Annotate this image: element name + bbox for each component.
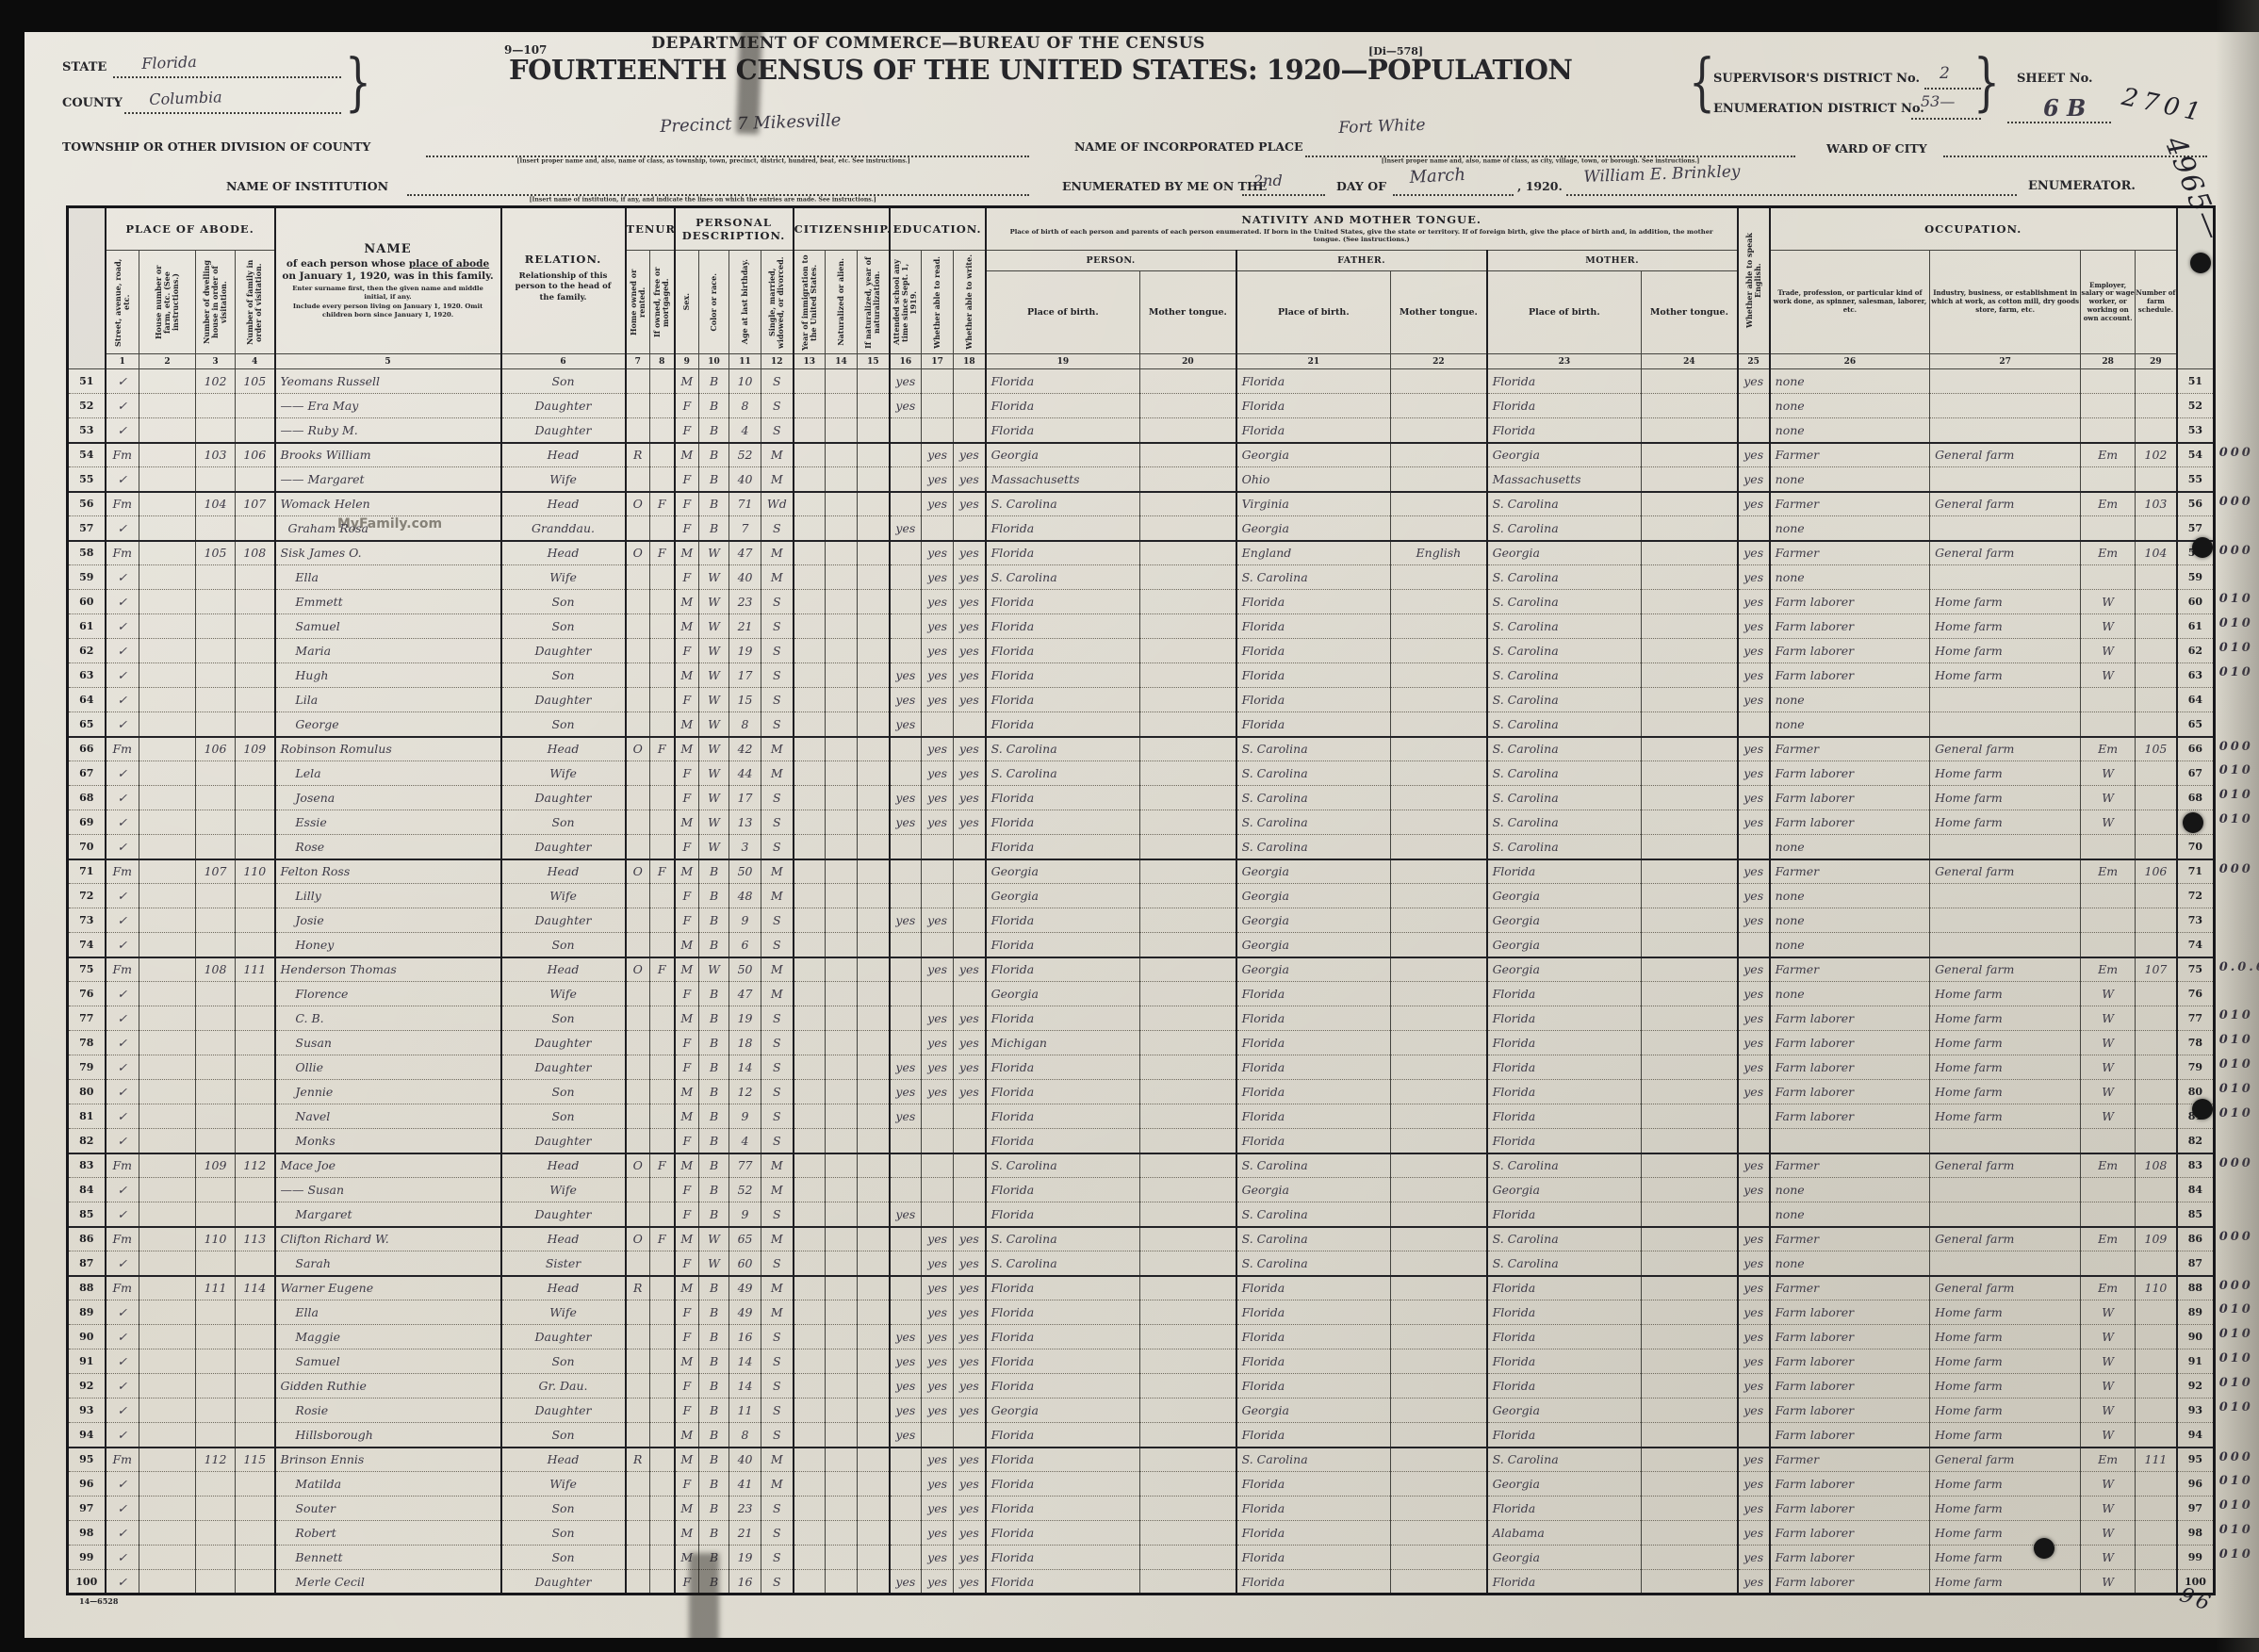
column-head-25: Whether able to speak English. (1738, 207, 1770, 354)
table-cell: Georgia (1487, 933, 1642, 957)
table-cell (890, 1178, 922, 1202)
row-number-right: 73 (2177, 908, 2215, 933)
column-number: 5 (275, 354, 501, 369)
table-cell (1930, 884, 2081, 908)
table-cell: S (761, 1055, 794, 1080)
table-cell: S (761, 1251, 794, 1276)
table-cell: yes (890, 516, 922, 541)
column-number: 7 (626, 354, 650, 369)
row-number-left: 60 (68, 590, 106, 614)
row-number-right: 60010 (2177, 590, 2215, 614)
table-cell (1391, 859, 1487, 884)
table-cell (2136, 418, 2177, 443)
table-cell: ✓ (106, 1006, 139, 1031)
table-cell: Florida (1236, 369, 1391, 394)
table-cell (1930, 418, 2081, 443)
table-cell (236, 1055, 275, 1080)
table-cell: yes (954, 565, 986, 590)
table-cell: S. Carolina (1487, 590, 1642, 614)
table-cell: Florida (986, 1423, 1140, 1448)
table-cell: Home farm (1930, 1325, 2081, 1349)
table-cell: yes (954, 1398, 986, 1423)
table-cell: Merle Cecil (275, 1570, 501, 1595)
table-cell (2081, 908, 2136, 933)
table-cell (236, 1398, 275, 1423)
table-cell (1642, 933, 1738, 957)
table-cell: none (1770, 467, 1930, 492)
table-cell: 104 (196, 492, 236, 516)
table-cell (139, 712, 196, 737)
table-cell: Brooks William (275, 443, 501, 467)
table-cell: yes (922, 1497, 954, 1521)
table-cell: Head (501, 737, 626, 761)
table-cell (139, 663, 196, 688)
table-cell (650, 639, 675, 663)
table-cell (826, 418, 858, 443)
table-cell: Head (501, 957, 626, 982)
table-cell: yes (1738, 1398, 1770, 1423)
table-cell: yes (954, 639, 986, 663)
table-cell: S. Carolina (1487, 614, 1642, 639)
table-cell: yes (922, 1521, 954, 1546)
table-cell: Fm (106, 737, 139, 761)
table-cell (626, 565, 650, 590)
table-cell: 108 (2136, 1153, 2177, 1178)
table-cell: ✓ (106, 1398, 139, 1423)
table-cell: W (699, 565, 729, 590)
table-cell (236, 565, 275, 590)
table-cell (858, 1129, 890, 1153)
table-cell (196, 1104, 236, 1129)
table-cell: ✓ (106, 1202, 139, 1227)
table-cell (1140, 1546, 1236, 1570)
table-cell (826, 1546, 858, 1570)
table-cell: yes (1738, 1153, 1770, 1178)
scan-edge-bottom (0, 1638, 2259, 1652)
table-cell: Florida (1236, 1570, 1391, 1595)
table-cell: M (675, 443, 699, 467)
table-cell: M (675, 957, 699, 982)
table-cell (858, 443, 890, 467)
table-cell: Home farm (1930, 1006, 2081, 1031)
table-cell: M (675, 1349, 699, 1374)
table-cell: none (1770, 908, 1930, 933)
table-cell: Florida (986, 614, 1140, 639)
table-cell (650, 1472, 675, 1497)
table-cell: M (675, 1104, 699, 1129)
table-cell (1391, 737, 1487, 761)
table-cell: Son (501, 369, 626, 394)
table-cell (1642, 443, 1738, 467)
table-cell (196, 1497, 236, 1521)
row-number-left: 68 (68, 786, 106, 810)
table-cell: 110 (236, 859, 275, 884)
table-cell (1642, 1546, 1738, 1570)
table-cell: Georgia (986, 1398, 1140, 1423)
table-cell: 114 (236, 1276, 275, 1300)
table-cell: Em (2081, 443, 2136, 467)
row-number-left: 90 (68, 1325, 106, 1349)
table-cell (626, 786, 650, 810)
table-cell (1140, 761, 1236, 786)
table-cell (1140, 1472, 1236, 1497)
table-cell (236, 908, 275, 933)
column-head-20: Mother tongue. (1140, 271, 1236, 354)
row-number-left: 65 (68, 712, 106, 737)
table-cell: Son (501, 810, 626, 835)
row-number-left: 53 (68, 418, 106, 443)
table-cell: Alabama (1487, 1521, 1642, 1546)
table-cell (858, 639, 890, 663)
table-cell (890, 1497, 922, 1521)
table-cell (1391, 1129, 1487, 1153)
table-cell (139, 1104, 196, 1129)
table-cell: yes (922, 614, 954, 639)
incorporated-place-label: NAME OF INCORPORATED PLACE (1074, 139, 1303, 154)
table-cell: F (650, 1153, 675, 1178)
table-cell: yes (922, 663, 954, 688)
table-cell (650, 884, 675, 908)
table-cell (922, 516, 954, 541)
table-cell: W (2081, 590, 2136, 614)
table-cell: Son (501, 663, 626, 688)
column-head-24: Mother tongue. (1642, 271, 1738, 354)
table-cell: yes (954, 1448, 986, 1472)
table-cell (1140, 688, 1236, 712)
table-cell: Georgia (1487, 1178, 1642, 1202)
row-number-left: 79 (68, 1055, 106, 1080)
table-cell: B (699, 1178, 729, 1202)
table-cell (1642, 1129, 1738, 1153)
table-cell: Brinson Ennis (275, 1448, 501, 1472)
table-cell (1642, 1374, 1738, 1398)
table-cell (1642, 467, 1738, 492)
table-cell: Wd (761, 492, 794, 516)
table-cell (890, 565, 922, 590)
table-cell (236, 1080, 275, 1104)
table-cell: Florida (986, 1178, 1140, 1202)
table-cell (1140, 1325, 1236, 1349)
table-cell: England (1236, 541, 1391, 565)
table-cell: S. Carolina (1487, 1251, 1642, 1276)
table-cell: Matilda (275, 1472, 501, 1497)
table-cell (1642, 1178, 1738, 1202)
table-cell (858, 663, 890, 688)
table-cell: 111 (196, 1276, 236, 1300)
table-cell: General farm (1930, 1276, 2081, 1300)
table-cell: 44 (729, 761, 761, 786)
table-cell: O (626, 737, 650, 761)
table-cell: Lilly (275, 884, 501, 908)
table-cell (650, 418, 675, 443)
table-cell (1391, 1570, 1487, 1595)
row-number-right: 99010 (2177, 1546, 2215, 1570)
table-cell: S (761, 418, 794, 443)
table-cell: Home farm (1930, 1497, 2081, 1521)
table-cell: Home farm (1930, 1104, 2081, 1129)
table-cell: Son (501, 1104, 626, 1129)
table-cell (650, 1055, 675, 1080)
table-cell (954, 908, 986, 933)
table-cell: 47 (729, 982, 761, 1006)
tape-streak-top (736, 28, 762, 135)
table-cell (196, 590, 236, 614)
table-cell (1391, 663, 1487, 688)
table-cell (794, 810, 826, 835)
enumeration-line (1911, 117, 1981, 120)
table-cell (1391, 1325, 1487, 1349)
table-cell: Florida (1236, 1325, 1391, 1349)
table-cell: 105 (196, 541, 236, 565)
table-cell (794, 982, 826, 1006)
enumerated-month: March (1409, 165, 1465, 188)
table-cell: F (675, 982, 699, 1006)
table-cell (236, 1251, 275, 1276)
table-cell (236, 1202, 275, 1227)
table-cell (236, 688, 275, 712)
table-cell: ✓ (106, 908, 139, 933)
table-cell: yes (1738, 1374, 1770, 1398)
table-cell: Home farm (1930, 1080, 2081, 1104)
table-cell (196, 516, 236, 541)
table-cell (826, 786, 858, 810)
table-cell: Florida (986, 1472, 1140, 1497)
table-cell (196, 1472, 236, 1497)
table-cell (858, 933, 890, 957)
table-cell: Son (501, 1497, 626, 1521)
table-cell: Henderson Thomas (275, 957, 501, 982)
table-cell: 49 (729, 1276, 761, 1300)
table-cell (650, 1374, 675, 1398)
table-cell: yes (922, 1276, 954, 1300)
table-cell (890, 884, 922, 908)
table-cell: 107 (2136, 957, 2177, 982)
table-cell (1642, 1472, 1738, 1497)
enumeration-district-label: ENUMERATION DISTRICT No. (1713, 102, 1924, 116)
group-occupation: OCCUPATION. (1770, 207, 2177, 251)
table-cell (1642, 859, 1738, 884)
table-cell: R (626, 1276, 650, 1300)
table-cell: Margaret (275, 1202, 501, 1227)
table-cell: O (626, 492, 650, 516)
table-cell (922, 394, 954, 418)
table-cell (139, 443, 196, 467)
table-cell: S. Carolina (1236, 1153, 1391, 1178)
table-cell: 48 (729, 884, 761, 908)
table-cell (794, 712, 826, 737)
table-cell: Home farm (1930, 1398, 2081, 1423)
table-cell (954, 933, 986, 957)
table-cell (890, 639, 922, 663)
column-head-2: House number or farm, etc. (See instruct… (139, 251, 196, 354)
table-cell: Monks (275, 1129, 501, 1153)
column-number: 17 (922, 354, 954, 369)
table-cell: yes (1738, 1349, 1770, 1374)
table-cell (1930, 712, 2081, 737)
table-cell: General farm (1930, 1153, 2081, 1178)
table-cell: F (675, 1129, 699, 1153)
table-cell (826, 1104, 858, 1129)
row-number-left: 99 (68, 1546, 106, 1570)
table-cell: yes (954, 492, 986, 516)
table-cell: Josie (275, 908, 501, 933)
table-cell: 12 (729, 1080, 761, 1104)
row-number-left: 74 (68, 933, 106, 957)
table-cell (196, 835, 236, 859)
table-cell: yes (890, 1423, 922, 1448)
table-cell: S. Carolina (1487, 810, 1642, 835)
table-cell: Florida (986, 933, 1140, 957)
table-cell: Florida (986, 1546, 1140, 1570)
table-cell (858, 1006, 890, 1031)
table-cell: Florida (1236, 688, 1391, 712)
table-cell: S. Carolina (1487, 712, 1642, 737)
column-number: 20 (1140, 354, 1236, 369)
table-cell (1391, 835, 1487, 859)
table-cell (1140, 1521, 1236, 1546)
table-cell: Home farm (1930, 590, 2081, 614)
table-cell (1642, 1448, 1738, 1472)
group-place-of-abode: PLACE OF ABODE. (106, 207, 275, 251)
table-cell: S (761, 1423, 794, 1448)
table-cell: —— Ruby M. (275, 418, 501, 443)
table-cell: 113 (236, 1227, 275, 1251)
table-cell: M (761, 1227, 794, 1251)
table-cell: S. Carolina (1487, 663, 1642, 688)
table-cell (2081, 884, 2136, 908)
row-number-right: 95000 (2177, 1448, 2215, 1472)
table-cell: ✓ (106, 1521, 139, 1546)
table-cell: Michigan (986, 1031, 1140, 1055)
table-cell: B (699, 1202, 729, 1227)
table-cell (826, 1178, 858, 1202)
table-cell: yes (922, 737, 954, 761)
table-cell: M (761, 1276, 794, 1300)
table-cell (858, 369, 890, 394)
table-cell: W (699, 712, 729, 737)
table-cell: Georgia (1487, 541, 1642, 565)
table-cell (196, 933, 236, 957)
table-cell: Daughter (501, 1202, 626, 1227)
table-cell: Florida (1487, 1570, 1642, 1595)
table-cell (650, 1080, 675, 1104)
table-cell (139, 1497, 196, 1521)
table-cell (139, 1031, 196, 1055)
table-cell: yes (922, 786, 954, 810)
row-number-left: 94 (68, 1423, 106, 1448)
table-cell (650, 394, 675, 418)
table-cell: yes (1738, 443, 1770, 467)
table-cell (139, 933, 196, 957)
table-cell (2136, 1104, 2177, 1129)
table-cell (196, 688, 236, 712)
table-cell: Florida (1487, 1349, 1642, 1374)
column-number: 28 (2081, 354, 2136, 369)
row-number-right: 67010 (2177, 761, 2215, 786)
table-cell: yes (954, 443, 986, 467)
table-cell (794, 1251, 826, 1276)
table-cell: Maria (275, 639, 501, 663)
table-cell: Ella (275, 1300, 501, 1325)
table-cell: 109 (236, 737, 275, 761)
table-cell: Jennie (275, 1080, 501, 1104)
table-cell: yes (1738, 737, 1770, 761)
table-cell: Em (2081, 492, 2136, 516)
table-cell (1642, 761, 1738, 786)
table-cell: yes (1738, 1251, 1770, 1276)
table-cell (794, 1570, 826, 1595)
table-cell: F (675, 418, 699, 443)
table-cell (890, 418, 922, 443)
table-cell: yes (890, 810, 922, 835)
table-cell (2136, 1129, 2177, 1153)
table-cell (1140, 1349, 1236, 1374)
table-cell: 21 (729, 614, 761, 639)
table-cell: 102 (196, 369, 236, 394)
column-head-9: Sex. (675, 251, 699, 354)
table-cell: F (675, 835, 699, 859)
table-cell: 14 (729, 1055, 761, 1080)
table-cell (922, 1202, 954, 1227)
table-cell (2081, 418, 2136, 443)
table-cell: Daughter (501, 1398, 626, 1423)
table-cell: S (761, 1349, 794, 1374)
table-cell: Home farm (1930, 1472, 2081, 1497)
table-cell: Florida (986, 1570, 1140, 1595)
table-cell: 8 (729, 394, 761, 418)
table-cell (794, 933, 826, 957)
table-cell (858, 1300, 890, 1325)
table-cell: Maggie (275, 1325, 501, 1349)
table-cell: Florida (986, 663, 1140, 688)
table-cell (1642, 1325, 1738, 1349)
row-number-left: 97 (68, 1497, 106, 1521)
table-cell (2081, 688, 2136, 712)
table-cell: S. Carolina (986, 1251, 1140, 1276)
table-cell: S. Carolina (1487, 761, 1642, 786)
table-cell: Ohio (1236, 467, 1391, 492)
table-cell (826, 443, 858, 467)
table-cell: yes (890, 1104, 922, 1129)
table-cell: ✓ (106, 1497, 139, 1521)
table-cell (826, 1521, 858, 1546)
table-cell: 104 (2136, 541, 2177, 565)
table-cell: Home farm (1930, 1423, 2081, 1448)
table-cell (794, 1448, 826, 1472)
punch-hole (2192, 1099, 2213, 1120)
table-cell (2136, 467, 2177, 492)
table-cell: ✓ (106, 590, 139, 614)
table-cell (139, 810, 196, 835)
table-cell: 8 (729, 712, 761, 737)
table-cell: 49 (729, 1300, 761, 1325)
table-cell (139, 614, 196, 639)
table-cell (858, 1055, 890, 1080)
table-cell: 106 (2136, 859, 2177, 884)
table-cell: yes (890, 1055, 922, 1080)
table-cell (2136, 614, 2177, 639)
table-cell (236, 1104, 275, 1129)
table-cell: S. Carolina (1236, 1227, 1391, 1251)
table-cell (139, 639, 196, 663)
table-cell: General farm (1930, 1448, 2081, 1472)
table-cell: 23 (729, 590, 761, 614)
table-cell: Farm laborer (1770, 786, 1930, 810)
table-cell: Florida (1236, 1546, 1391, 1570)
table-cell (236, 1006, 275, 1031)
table-cell (139, 467, 196, 492)
table-cell: W (699, 614, 729, 639)
